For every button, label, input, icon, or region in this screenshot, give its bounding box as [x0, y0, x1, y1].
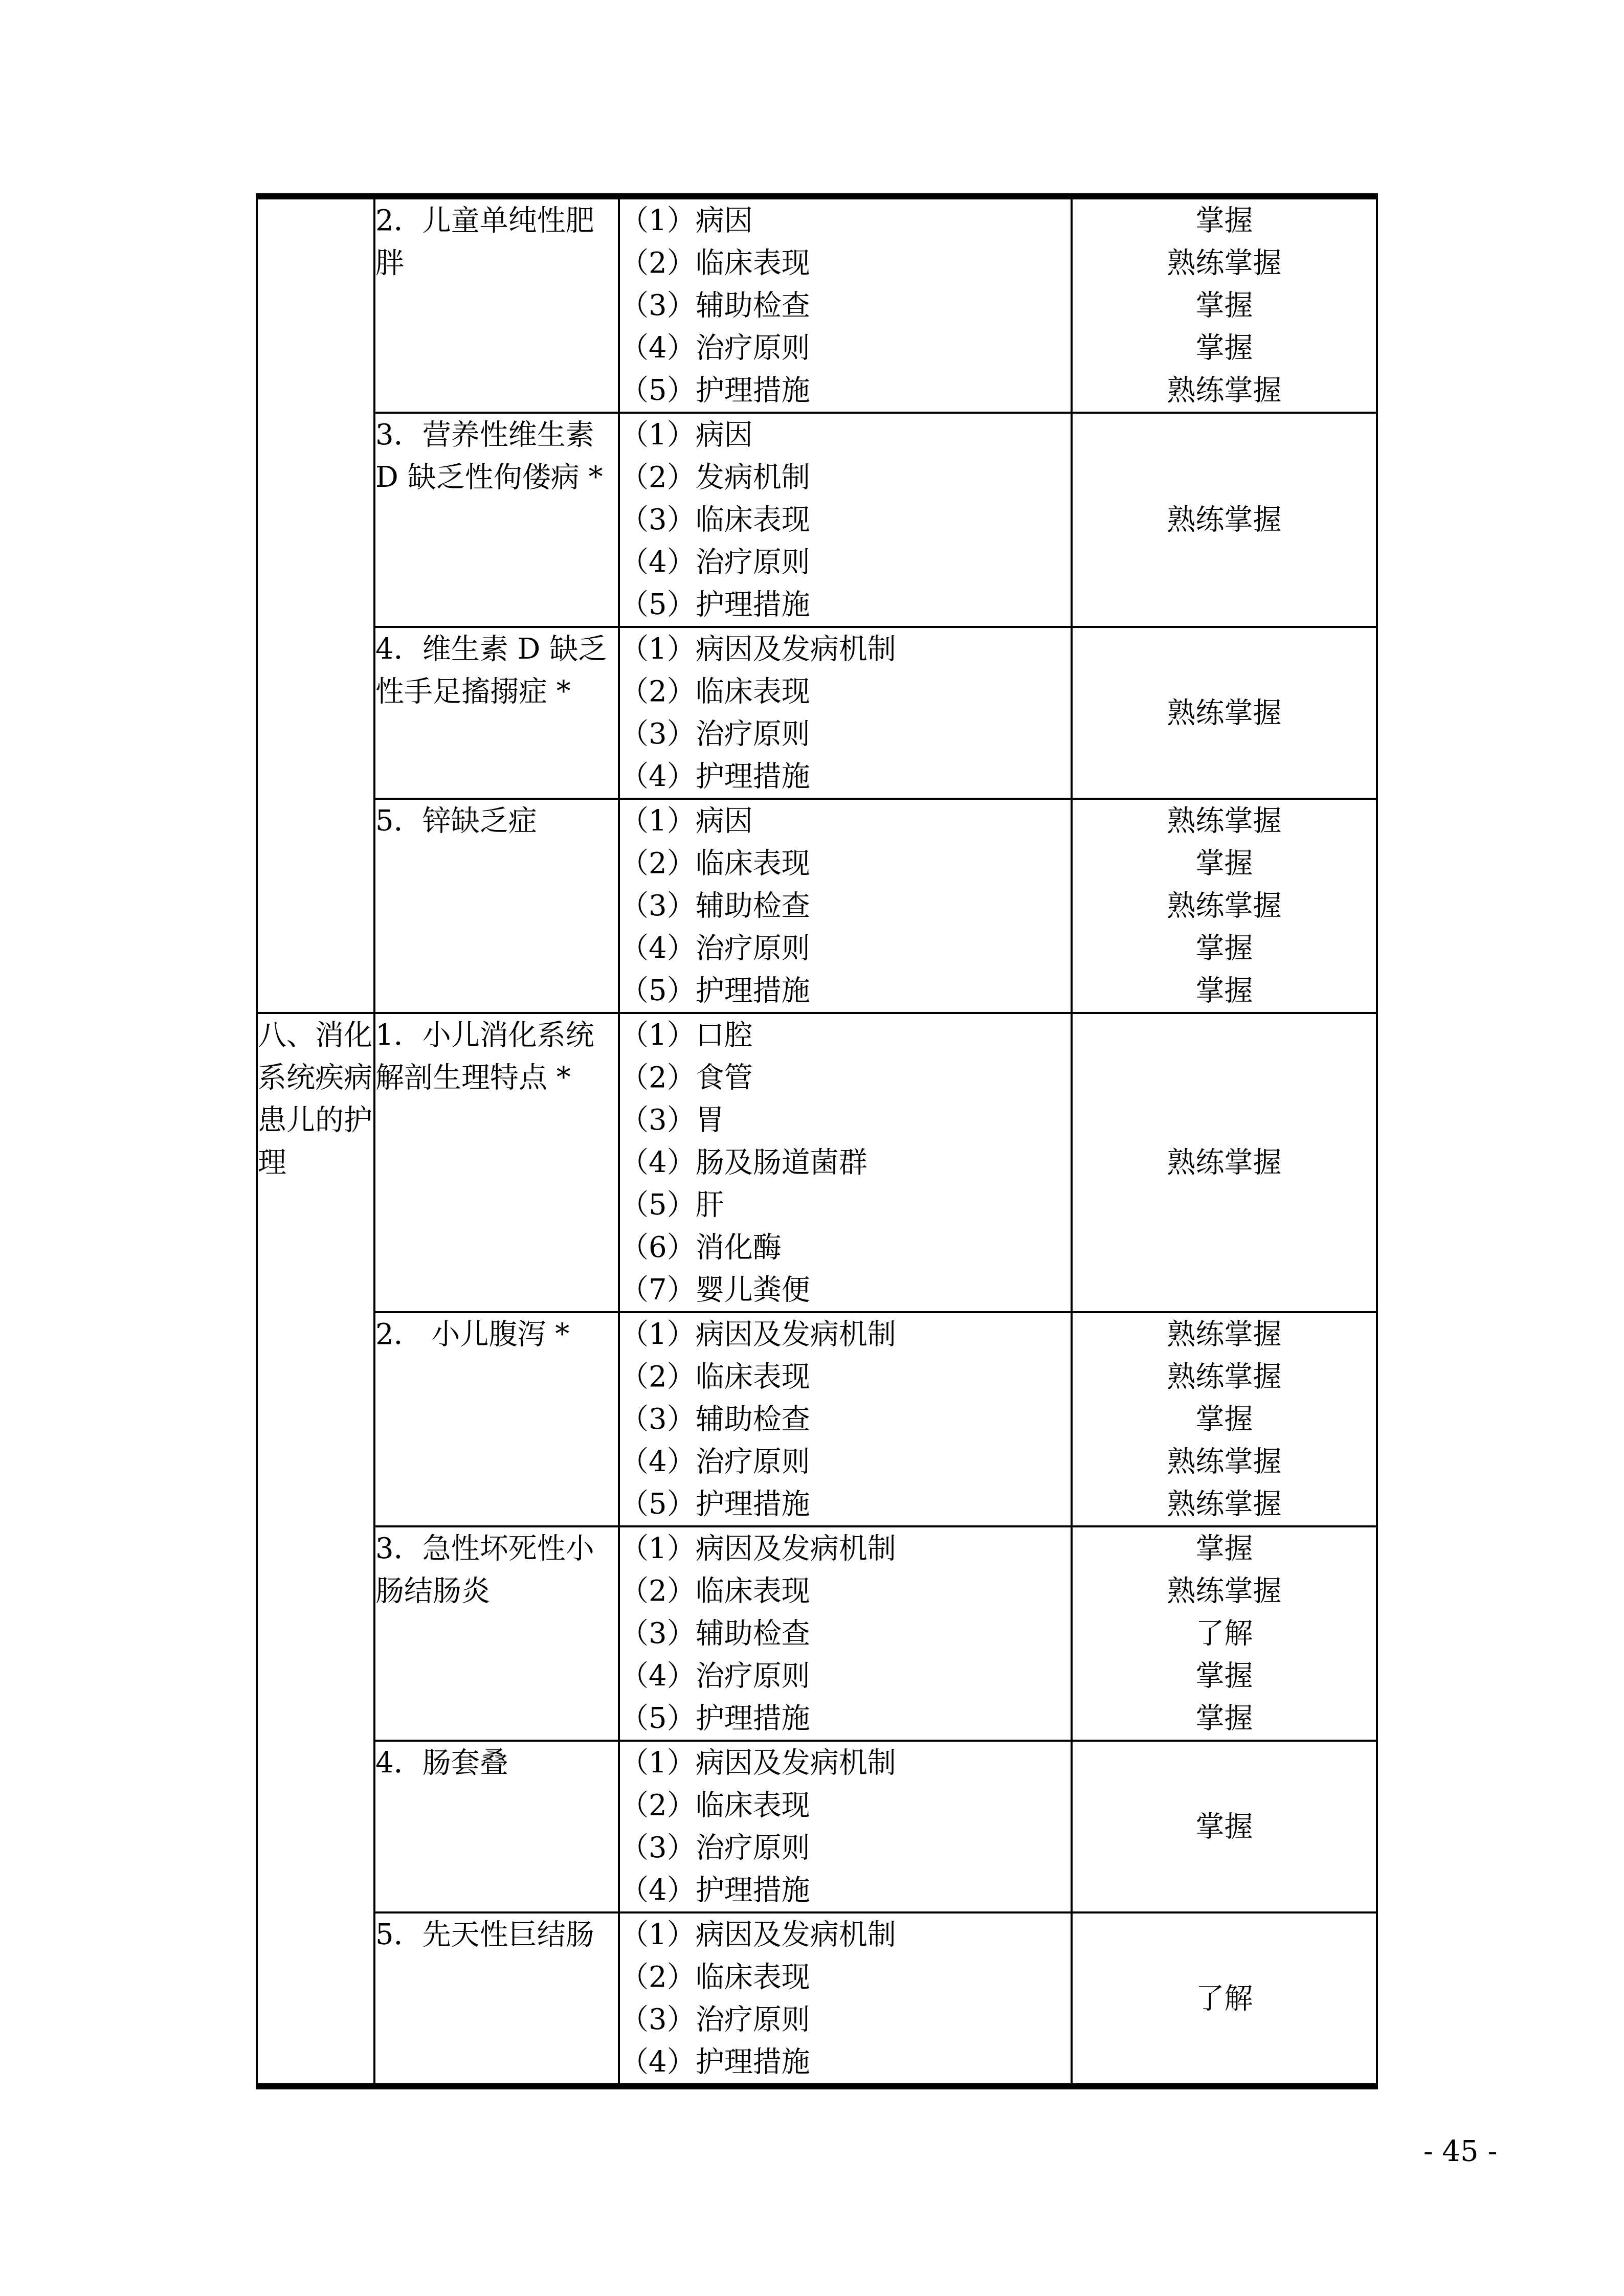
- item-line: （2）临床表现: [620, 842, 1071, 885]
- table-row: 2． 小儿腹泻 *（1）病因及发病机制（2）临床表现（3）辅助检查（4）治疗原则…: [257, 1312, 1377, 1526]
- topic-text: 5．锌缺乏症: [375, 800, 618, 842]
- item-line: （5）肝: [620, 1184, 1071, 1226]
- item-line: （6）消化酶: [620, 1226, 1071, 1269]
- item-line: （1）病因: [620, 414, 1071, 456]
- item-line: （4）肠及肠道菌群: [620, 1141, 1071, 1184]
- table-row: 5．先天性巨结肠（1）病因及发病机制（2）临床表现（3）治疗原则（4）护理措施了…: [257, 1912, 1377, 2086]
- item-line: （4）治疗原则: [620, 927, 1071, 970]
- item-line: （2）临床表现: [620, 1570, 1071, 1612]
- item-line: （5）护理措施: [620, 970, 1071, 1012]
- table-row: 3．急性坏死性小肠结肠炎（1）病因及发病机制（2）临床表现（3）辅助检查（4）治…: [257, 1526, 1377, 1741]
- item-line: （3）治疗原则: [620, 713, 1071, 755]
- mastery-value: 熟练掌握: [1073, 885, 1376, 927]
- item-line: （2）临床表现: [620, 670, 1071, 713]
- items-cell: （1）病因（2）临床表现（3）辅助检查（4）治疗原则（5）护理措施: [619, 799, 1072, 1013]
- mastery-value: 熟练掌握: [1076, 692, 1373, 734]
- item-line: （1）病因: [620, 199, 1071, 242]
- mastery-cell: 熟练掌握: [1072, 413, 1377, 627]
- mastery-value: 熟练掌握: [1073, 1440, 1376, 1483]
- item-line: （5）护理措施: [620, 1483, 1071, 1525]
- mastery-value: 熟练掌握: [1073, 1313, 1376, 1356]
- item-line: （3）辅助检查: [620, 1398, 1071, 1440]
- section-label-text: 八、消化系统疾病患儿的护理: [258, 1014, 373, 1184]
- mastery-value: 熟练掌握: [1076, 1141, 1373, 1184]
- item-line: （1）病因及发病机制: [620, 628, 1071, 670]
- mastery-value: 掌握: [1073, 1398, 1376, 1440]
- item-line: （3）辅助检查: [620, 284, 1071, 327]
- mastery-cell: 熟练掌握: [1072, 1013, 1377, 1312]
- mastery-value: 了解: [1073, 1612, 1376, 1655]
- item-line: （1）口腔: [620, 1014, 1071, 1056]
- topic-cell: 4．维生素 D 缺乏性手足搐搦症 *: [374, 627, 619, 799]
- items-cell: （1）口腔（2）食管（3）胃（4）肠及肠道菌群（5）肝（6）消化酶（7）婴儿粪便: [619, 1013, 1072, 1312]
- mastery-value: 熟练掌握: [1073, 1570, 1376, 1612]
- table-row: 4．维生素 D 缺乏性手足搐搦症 *（1）病因及发病机制（2）临床表现（3）治疗…: [257, 627, 1377, 799]
- mastery-value: 了解: [1076, 1977, 1373, 2020]
- item-line: （4）护理措施: [620, 755, 1071, 798]
- section-label-cell: 八、消化系统疾病患儿的护理: [257, 1013, 374, 2086]
- mastery-value: 掌握: [1073, 284, 1376, 327]
- table-row: 3．营养性维生素 D 缺乏性佝偻病 *（1）病因（2）发病机制（3）临床表现（4…: [257, 413, 1377, 627]
- item-line: （2）临床表现: [620, 242, 1071, 284]
- item-line: （4）治疗原则: [620, 327, 1071, 369]
- table-row: 八、消化系统疾病患儿的护理1．小儿消化系统解剖生理特点 *（1）口腔（2）食管（…: [257, 1013, 1377, 1312]
- items-cell: （1）病因及发病机制（2）临床表现（3）辅助检查（4）治疗原则（5）护理措施: [619, 1526, 1072, 1741]
- mastery-value: 熟练掌握: [1073, 369, 1376, 412]
- mastery-value: 掌握: [1073, 327, 1376, 369]
- topic-cell: 1．小儿消化系统解剖生理特点 *: [374, 1013, 619, 1312]
- mastery-value: 熟练掌握: [1076, 499, 1373, 541]
- item-line: （2）临床表现: [620, 1356, 1071, 1398]
- mastery-cell: 熟练掌握熟练掌握掌握熟练掌握熟练掌握: [1072, 1312, 1377, 1526]
- mastery-cell: 掌握熟练掌握掌握掌握熟练掌握: [1072, 196, 1377, 413]
- item-line: （2）发病机制: [620, 456, 1071, 499]
- item-line: （1）病因及发病机制: [620, 1914, 1071, 1956]
- item-line: （1）病因: [620, 800, 1071, 842]
- topic-cell: 2． 小儿腹泻 *: [374, 1312, 619, 1526]
- topic-cell: 4．肠套叠: [374, 1741, 619, 1912]
- item-line: （1）病因及发病机制: [620, 1313, 1071, 1356]
- mastery-value: 掌握: [1073, 199, 1376, 242]
- mastery-value: 掌握: [1076, 1806, 1373, 1848]
- topic-text: 1．小儿消化系统解剖生理特点 *: [375, 1014, 618, 1099]
- mastery-value: 掌握: [1073, 842, 1376, 885]
- mastery-value: 掌握: [1073, 1527, 1376, 1570]
- table-row: 4．肠套叠（1）病因及发病机制（2）临床表现（3）治疗原则（4）护理措施掌握: [257, 1741, 1377, 1912]
- item-line: （4）护理措施: [620, 1869, 1071, 1911]
- page-number: - 45 -: [1381, 2131, 1540, 2172]
- topic-text: 5．先天性巨结肠: [375, 1914, 618, 1956]
- item-line: （7）婴儿粪便: [620, 1269, 1071, 1311]
- mastery-value: 掌握: [1073, 1655, 1376, 1697]
- mastery-cell: 熟练掌握掌握熟练掌握掌握掌握: [1072, 799, 1377, 1013]
- items-cell: （1）病因及发病机制（2）临床表现（3）治疗原则（4）护理措施: [619, 1912, 1072, 2086]
- topic-cell: 5．锌缺乏症: [374, 799, 619, 1013]
- mastery-value: 熟练掌握: [1073, 1483, 1376, 1525]
- mastery-cell: 掌握熟练掌握了解掌握掌握: [1072, 1526, 1377, 1741]
- item-line: （3）临床表现: [620, 499, 1071, 541]
- mastery-cell: 掌握: [1072, 1741, 1377, 1912]
- topic-text: 3．急性坏死性小肠结肠炎: [375, 1527, 618, 1612]
- topic-cell: 2．儿童单纯性肥胖: [374, 196, 619, 413]
- items-cell: （1）病因（2）发病机制（3）临床表现（4）治疗原则（5）护理措施: [619, 413, 1072, 627]
- topic-text: 3．营养性维生素 D 缺乏性佝偻病 *: [375, 414, 618, 499]
- table-row: 2．儿童单纯性肥胖（1）病因（2）临床表现（3）辅助检查（4）治疗原则（5）护理…: [257, 196, 1377, 413]
- mastery-cell: 熟练掌握: [1072, 627, 1377, 799]
- mastery-cell: 了解: [1072, 1912, 1377, 2086]
- item-line: （5）护理措施: [620, 1697, 1071, 1740]
- item-line: （4）治疗原则: [620, 541, 1071, 583]
- syllabus-table: 2．儿童单纯性肥胖（1）病因（2）临床表现（3）辅助检查（4）治疗原则（5）护理…: [256, 193, 1378, 2089]
- topic-text: 2． 小儿腹泻 *: [375, 1313, 618, 1356]
- topic-text: 4．维生素 D 缺乏性手足搐搦症 *: [375, 628, 618, 713]
- mastery-value: 熟练掌握: [1073, 800, 1376, 842]
- items-cell: （1）病因及发病机制（2）临床表现（3）治疗原则（4）护理措施: [619, 627, 1072, 799]
- mastery-value: 掌握: [1073, 1697, 1376, 1740]
- topic-cell: 3．营养性维生素 D 缺乏性佝偻病 *: [374, 413, 619, 627]
- items-cell: （1）病因及发病机制（2）临床表现（3）辅助检查（4）治疗原则（5）护理措施: [619, 1312, 1072, 1526]
- item-line: （2）临床表现: [620, 1956, 1071, 1998]
- item-line: （4）治疗原则: [620, 1440, 1071, 1483]
- item-line: （3）辅助检查: [620, 1612, 1071, 1655]
- topic-text: 4．肠套叠: [375, 1742, 618, 1784]
- item-line: （3）治疗原则: [620, 1827, 1071, 1869]
- document-page: 2．儿童单纯性肥胖（1）病因（2）临床表现（3）辅助检查（4）治疗原则（5）护理…: [0, 0, 1624, 2296]
- item-line: （1）病因及发病机制: [620, 1527, 1071, 1570]
- item-line: （3）辅助检查: [620, 885, 1071, 927]
- section-label-cell: [257, 196, 374, 1013]
- item-line: （3）胃: [620, 1099, 1071, 1141]
- item-line: （2）临床表现: [620, 1784, 1071, 1827]
- items-cell: （1）病因及发病机制（2）临床表现（3）治疗原则（4）护理措施: [619, 1741, 1072, 1912]
- item-line: （4）护理措施: [620, 2041, 1071, 2083]
- mastery-value: 熟练掌握: [1073, 1356, 1376, 1398]
- item-line: （3）治疗原则: [620, 1998, 1071, 2041]
- item-line: （2）食管: [620, 1056, 1071, 1099]
- syllabus-table-body: 2．儿童单纯性肥胖（1）病因（2）临床表现（3）辅助检查（4）治疗原则（5）护理…: [257, 196, 1377, 2086]
- table-row: 5．锌缺乏症（1）病因（2）临床表现（3）辅助检查（4）治疗原则（5）护理措施熟…: [257, 799, 1377, 1013]
- mastery-value: 掌握: [1073, 970, 1376, 1012]
- topic-cell: 3．急性坏死性小肠结肠炎: [374, 1526, 619, 1741]
- items-cell: （1）病因（2）临床表现（3）辅助检查（4）治疗原则（5）护理措施: [619, 196, 1072, 413]
- topic-cell: 5．先天性巨结肠: [374, 1912, 619, 2086]
- topic-text: 2．儿童单纯性肥胖: [375, 199, 618, 284]
- item-line: （4）治疗原则: [620, 1655, 1071, 1697]
- mastery-value: 熟练掌握: [1073, 242, 1376, 284]
- item-line: （5）护理措施: [620, 583, 1071, 626]
- item-line: （1）病因及发病机制: [620, 1742, 1071, 1784]
- item-line: （5）护理措施: [620, 369, 1071, 412]
- mastery-value: 掌握: [1073, 927, 1376, 970]
